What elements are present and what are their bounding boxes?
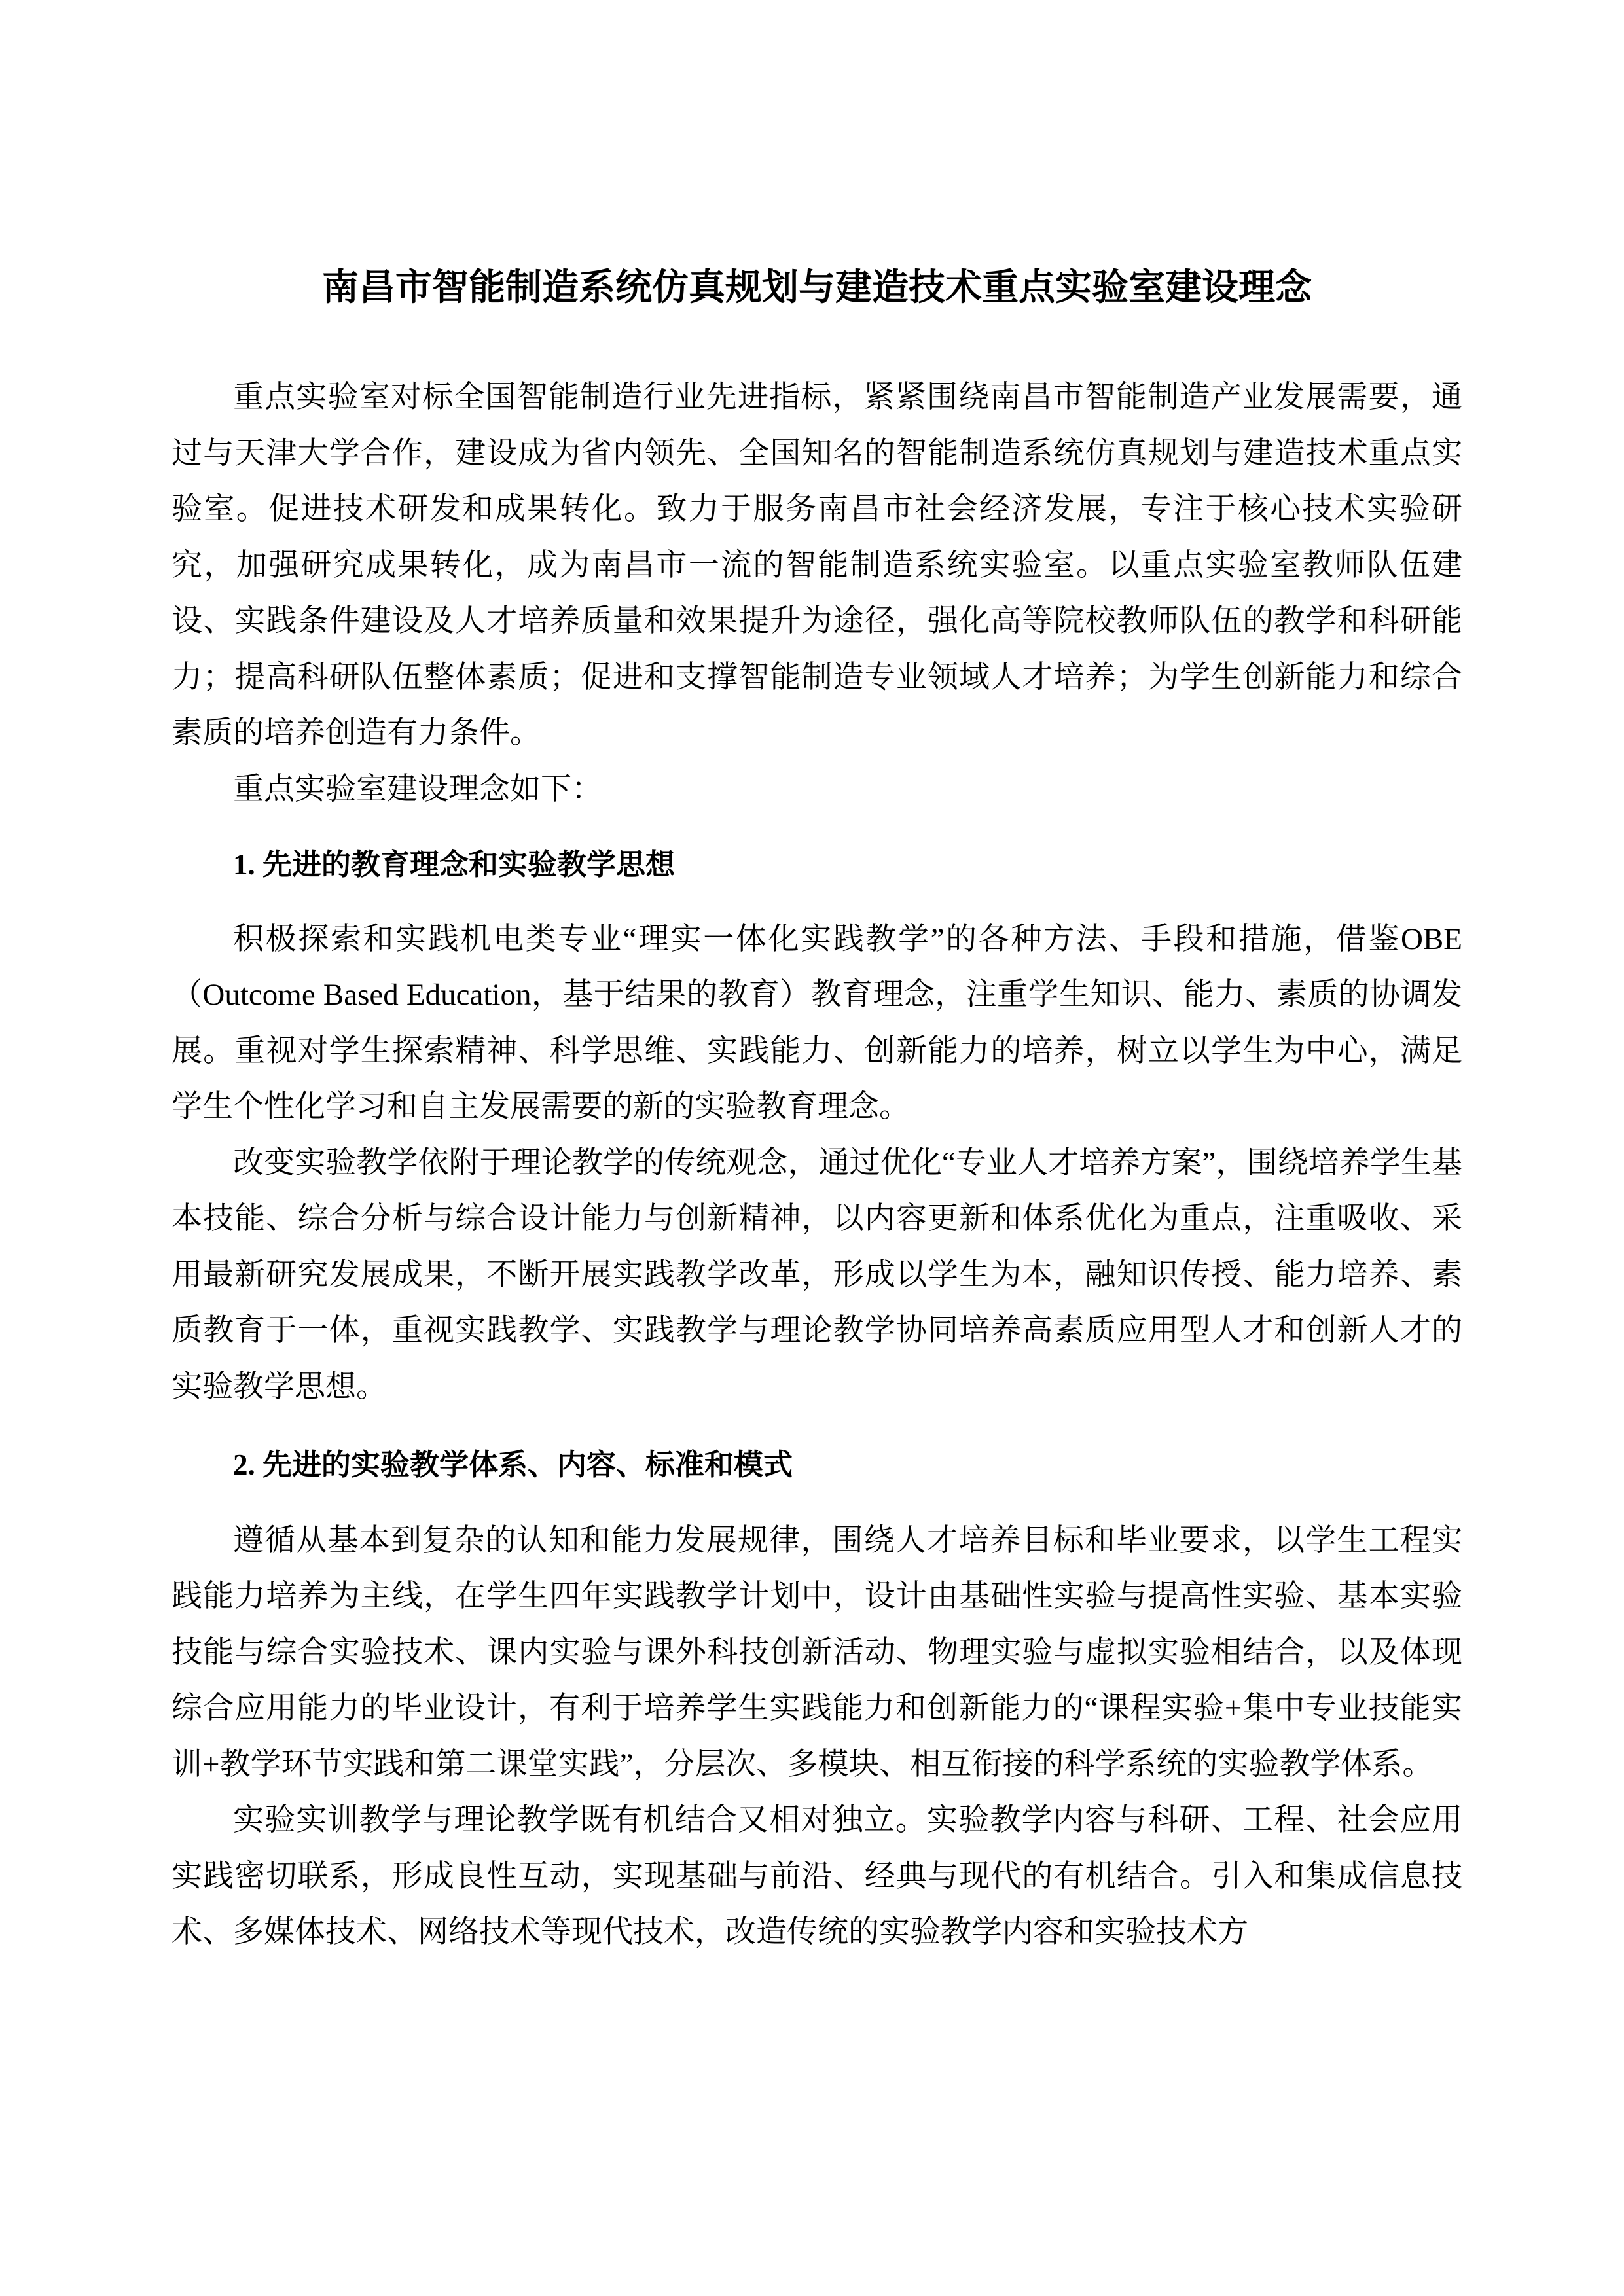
section-1-paragraph-1: 积极探索和实践机电类专业“理实一体化实践教学”的各种方法、手段和措施，借鉴OBE…	[171, 912, 1462, 1136]
intro-paragraph-2: 重点实验室建设理念如下：	[171, 762, 1462, 818]
section-2-paragraph-2: 实验实训教学与理论教学既有机结合又相对独立。实验教学内容与科研、工程、社会应用实…	[171, 1793, 1462, 1961]
intro-paragraph-1: 重点实验室对标全国智能制造行业先进指标，紧紧围绕南昌市智能制造产业发展需要，通过…	[171, 370, 1462, 762]
spacer	[171, 817, 1462, 837]
section-1-paragraph-2: 改变实验教学依附于理论教学的传统观念，通过优化“专业人才培养方案”，围绕培养学生…	[171, 1136, 1462, 1416]
spacer	[171, 1494, 1462, 1513]
spacer	[171, 1415, 1462, 1437]
document-title: 南昌市智能制造系统仿真规划与建造技术重点实验室建设理念	[171, 259, 1462, 317]
section-2-heading: 2. 先进的实验教学体系、内容、标准和模式	[171, 1437, 1462, 1494]
section-2-paragraph-1: 遵循从基本到复杂的认知和能力发展规律，围绕人才培养目标和毕业要求，以学生工程实践…	[171, 1513, 1462, 1793]
section-1-heading: 1. 先进的教育理念和实验教学思想	[171, 837, 1462, 893]
document-body: 重点实验室对标全国智能制造行业先进指标，紧紧围绕南昌市智能制造产业发展需要，通过…	[171, 370, 1462, 1961]
spacer	[171, 893, 1462, 912]
